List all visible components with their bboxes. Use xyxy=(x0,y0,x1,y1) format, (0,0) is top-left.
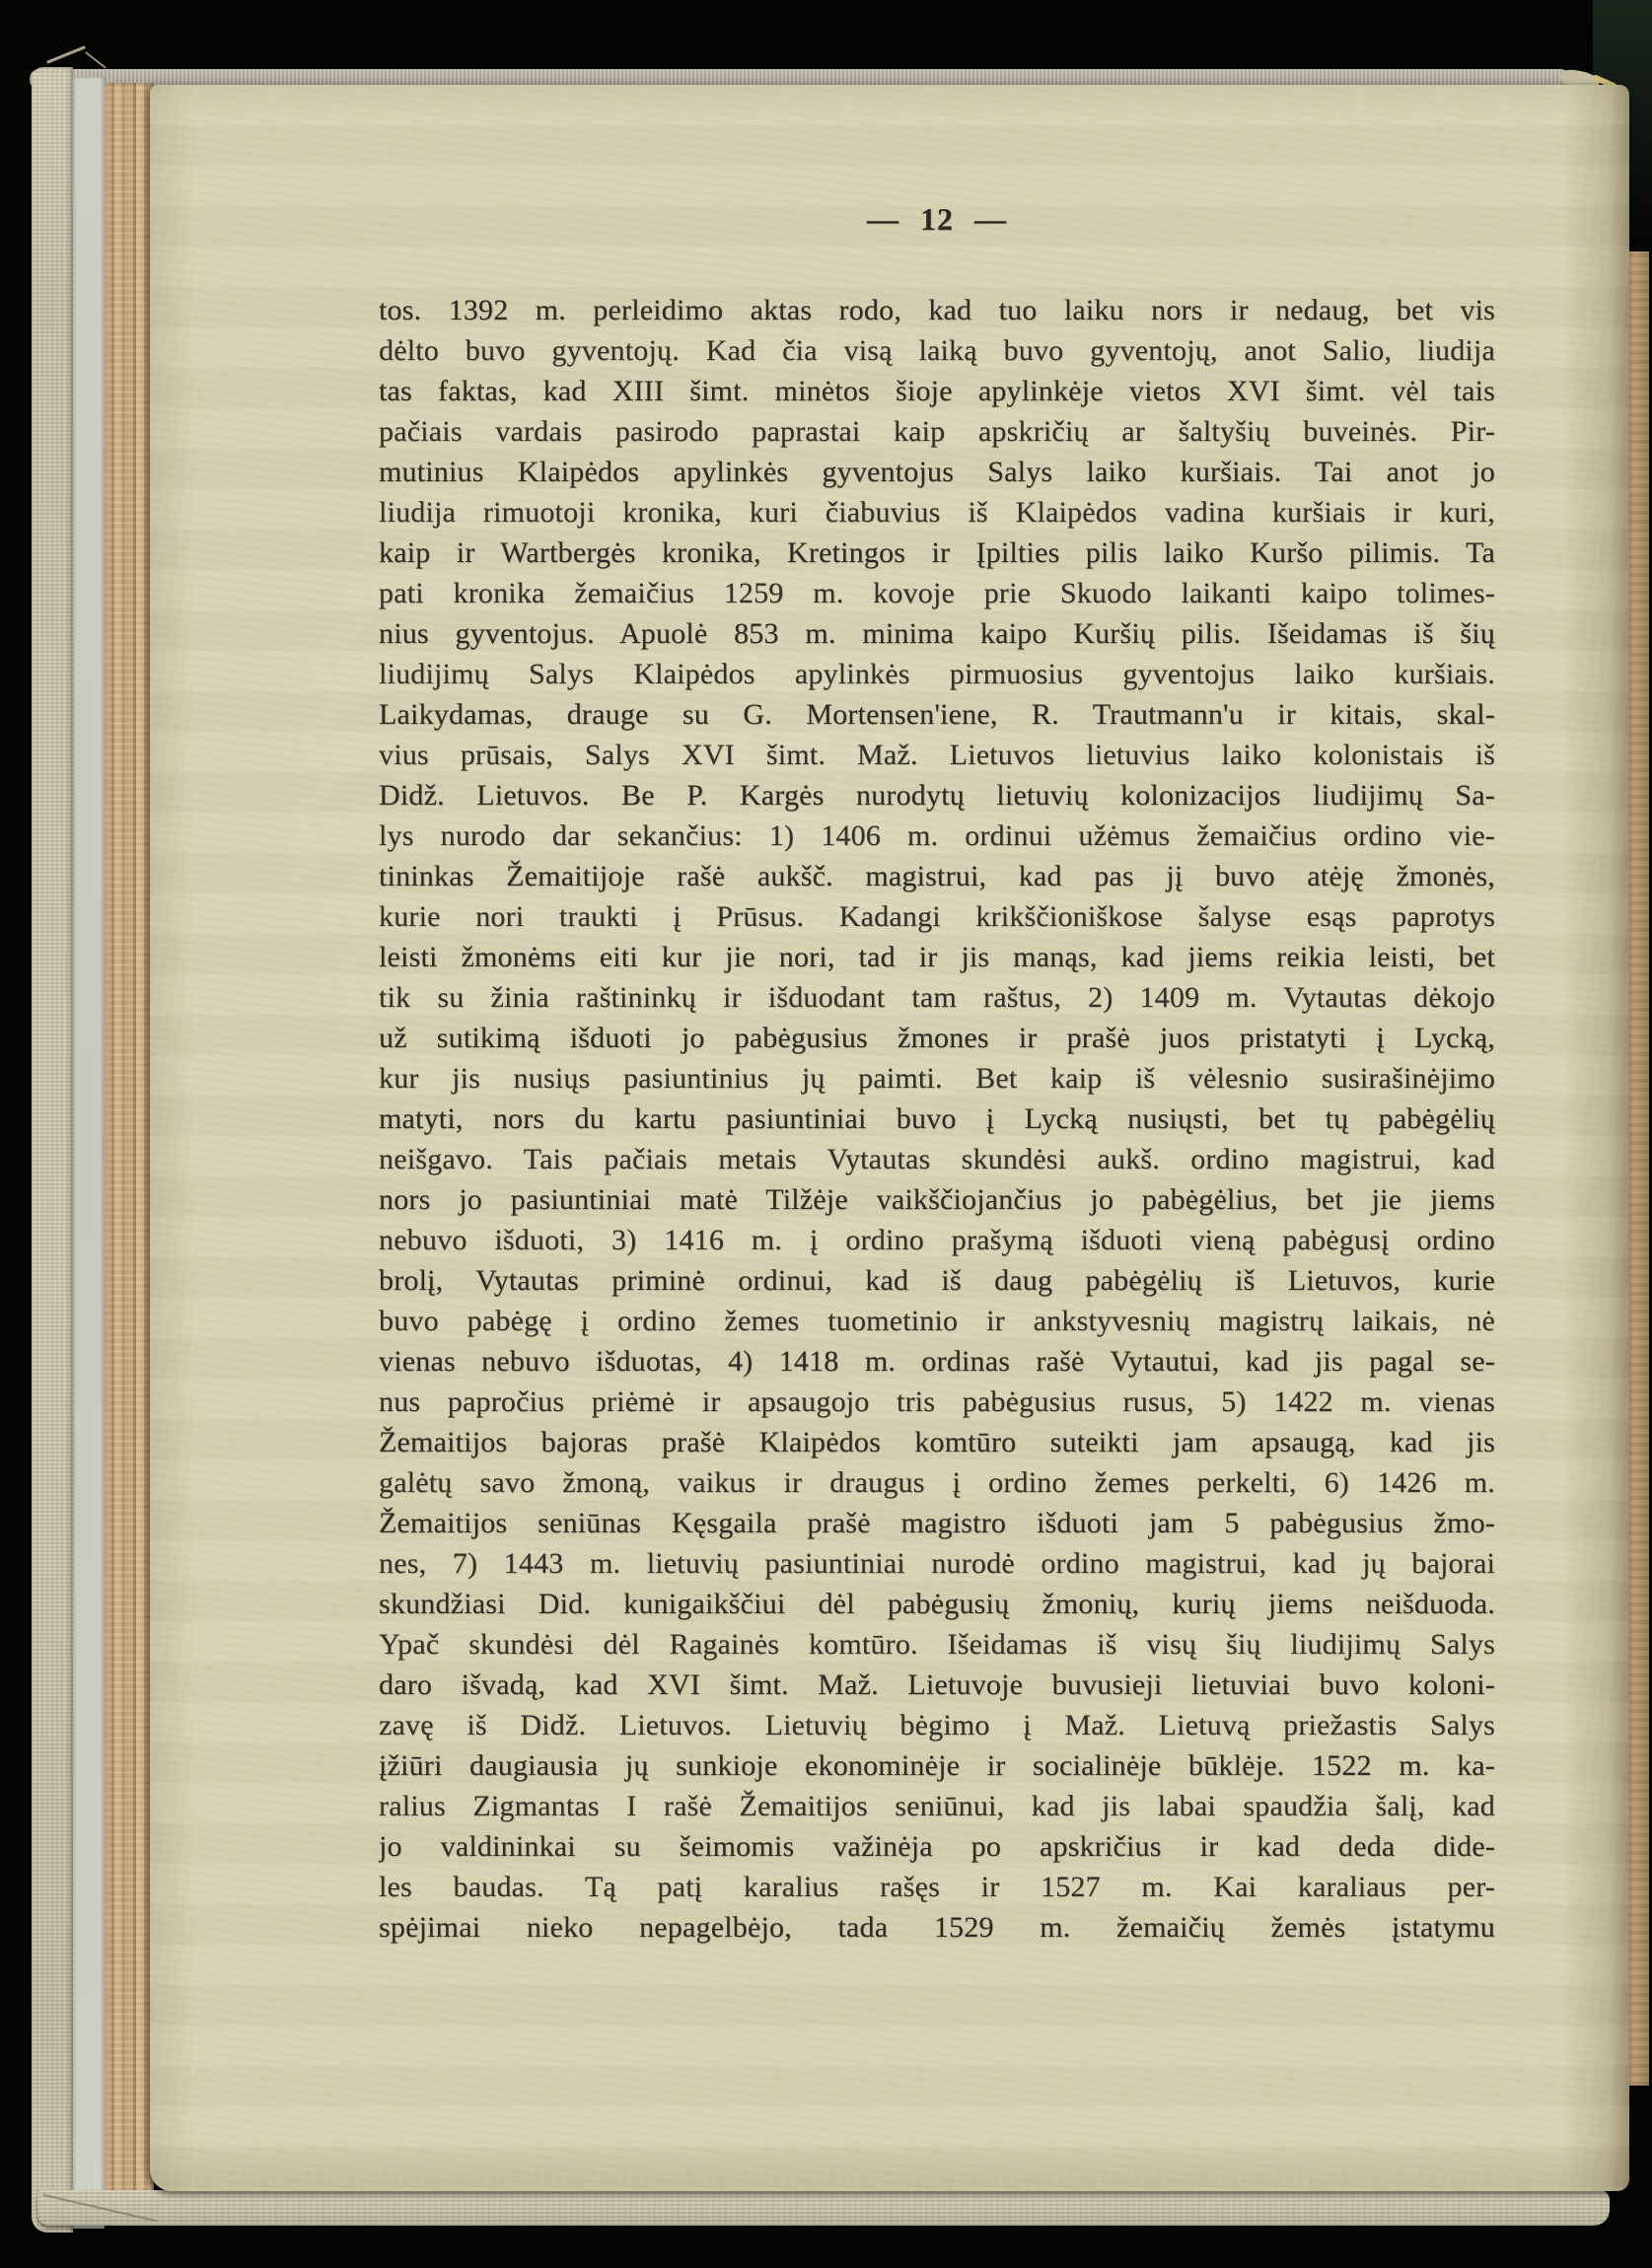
text-line: kur jis nusiųs pasiuntinius jų paimti. B… xyxy=(379,1058,1495,1099)
text-line: įžiūri daugiausia jų sunkioje ekonominėj… xyxy=(379,1745,1495,1786)
text-line: nors jo pasiuntiniai matė Tilžėje vaikšč… xyxy=(379,1179,1495,1220)
text-line: lys nurodo dar sekančius: 1) 1406 m. ord… xyxy=(379,815,1495,856)
text-line: kurie nori traukti į Prūsus. Kadangi kri… xyxy=(379,896,1495,937)
book-bottom-cloth-band xyxy=(37,2190,1610,2226)
cover-corner-fray xyxy=(85,51,107,69)
text-line: pačiais vardais pasirodo paprastai kaip … xyxy=(379,411,1495,452)
text-line: Žemaitijos seniūnas Kęsgaila prašė magis… xyxy=(379,1503,1495,1543)
text-line: nus papročius priėmė ir apsaugojo tris p… xyxy=(379,1382,1495,1422)
text-line: jo valdininkai su šeimomis važinėja po a… xyxy=(379,1826,1495,1867)
text-line: leisti žmonėms eiti kur jie nori, tad ir… xyxy=(379,937,1495,977)
text-line: galėtų savo žmoną, vaikus ir draugus į o… xyxy=(379,1462,1495,1503)
book-scan-photo: — 12 — tos. 1392 m. perleidimo aktas rod… xyxy=(0,0,1652,2268)
cover-corner-fray xyxy=(46,45,86,64)
book-cover-edge xyxy=(32,67,73,2233)
text-line: brolį, Vytautas priminė ordinui, kad iš … xyxy=(379,1260,1495,1301)
text-line: daro išvadą, kad XVI šimt. Maž. Lietuvoj… xyxy=(379,1665,1495,1705)
text-line: buvo pabėgę į ordino žemes tuometinio ir… xyxy=(379,1301,1495,1341)
text-line: liudija rimuotoji kronika, kuri čiabuviu… xyxy=(379,492,1495,532)
text-line: Laikydamas, drauge su G. Mortensen'iene,… xyxy=(379,694,1495,735)
text-line: tas faktas, kad XIII šimt. minėtos šioje… xyxy=(379,371,1495,411)
text-line: mutinius Klaipėdos apylinkės gyventojus … xyxy=(379,452,1495,492)
text-line: vienas nebuvo išduotas, 4) 1418 m. ordin… xyxy=(379,1341,1495,1382)
text-line: neišgavo. Tais pačiais metais Vytautas s… xyxy=(379,1139,1495,1179)
text-line: liudijimų Salys Klaipėdos apylinkės pirm… xyxy=(379,654,1495,694)
flyleaf-page-edge xyxy=(73,77,105,2229)
text-line: vius prūsais, Salys XVI šimt. Maž. Lietu… xyxy=(379,735,1495,775)
text-line: už sutikimą išduoti jo pabėgusius žmones… xyxy=(379,1018,1495,1058)
text-line: les baudas. Tą patį karalius rašęs ir 15… xyxy=(379,1867,1495,1907)
text-line: nius gyventojus. Apuolė 853 m. minima ka… xyxy=(379,613,1495,654)
text-line: Žemaitijos bajoras prašė Klaipėdos komtū… xyxy=(379,1422,1495,1462)
text-line: tik su žinia raštininkų ir išduodant tam… xyxy=(379,977,1495,1018)
text-line: kaip ir Wartbergės kronika, Kretingos ir… xyxy=(379,532,1495,573)
text-line: spėjimai nieko nepagelbėjo, tada 1529 m.… xyxy=(379,1907,1495,1948)
text-line: matyti, nors du kartu pasiuntiniai buvo … xyxy=(379,1099,1495,1139)
text-line: pati kronika žemaičius 1259 m. kovoje pr… xyxy=(379,573,1495,613)
text-line: tos. 1392 m. perleidimo aktas rodo, kad … xyxy=(379,290,1495,330)
text-line: skundžiasi Did. kunigaikščiui dėl pabėgu… xyxy=(379,1584,1495,1624)
text-line: Didž. Lietuvos. Be P. Kargės nurodytų li… xyxy=(379,775,1495,815)
book-page: — 12 — tos. 1392 m. perleidimo aktas rod… xyxy=(150,85,1629,2191)
text-line: zavę iš Didž. Lietuvos. Lietuvių bėgimo … xyxy=(379,1705,1495,1745)
text-line: nes, 7) 1443 m. lietuvių pasiuntiniai nu… xyxy=(379,1543,1495,1584)
body-text: tos. 1392 m. perleidimo aktas rodo, kad … xyxy=(379,290,1495,1948)
text-line: tininkas Žemaitijoje rašė aukšč. magistr… xyxy=(379,856,1495,896)
page-number: — 12 — xyxy=(848,201,1026,238)
text-line: Ypač skundėsi dėl Ragainės komtūro. Išei… xyxy=(379,1624,1495,1665)
page-stack-edges xyxy=(105,83,154,2223)
text-line: ralius Zigmantas I rašė Žemaitijos seniū… xyxy=(379,1786,1495,1826)
text-line: dėlto buvo gyventojų. Kad čia visą laiką… xyxy=(379,330,1495,371)
text-line: nebuvo išduoti, 3) 1416 m. į ordino praš… xyxy=(379,1220,1495,1260)
